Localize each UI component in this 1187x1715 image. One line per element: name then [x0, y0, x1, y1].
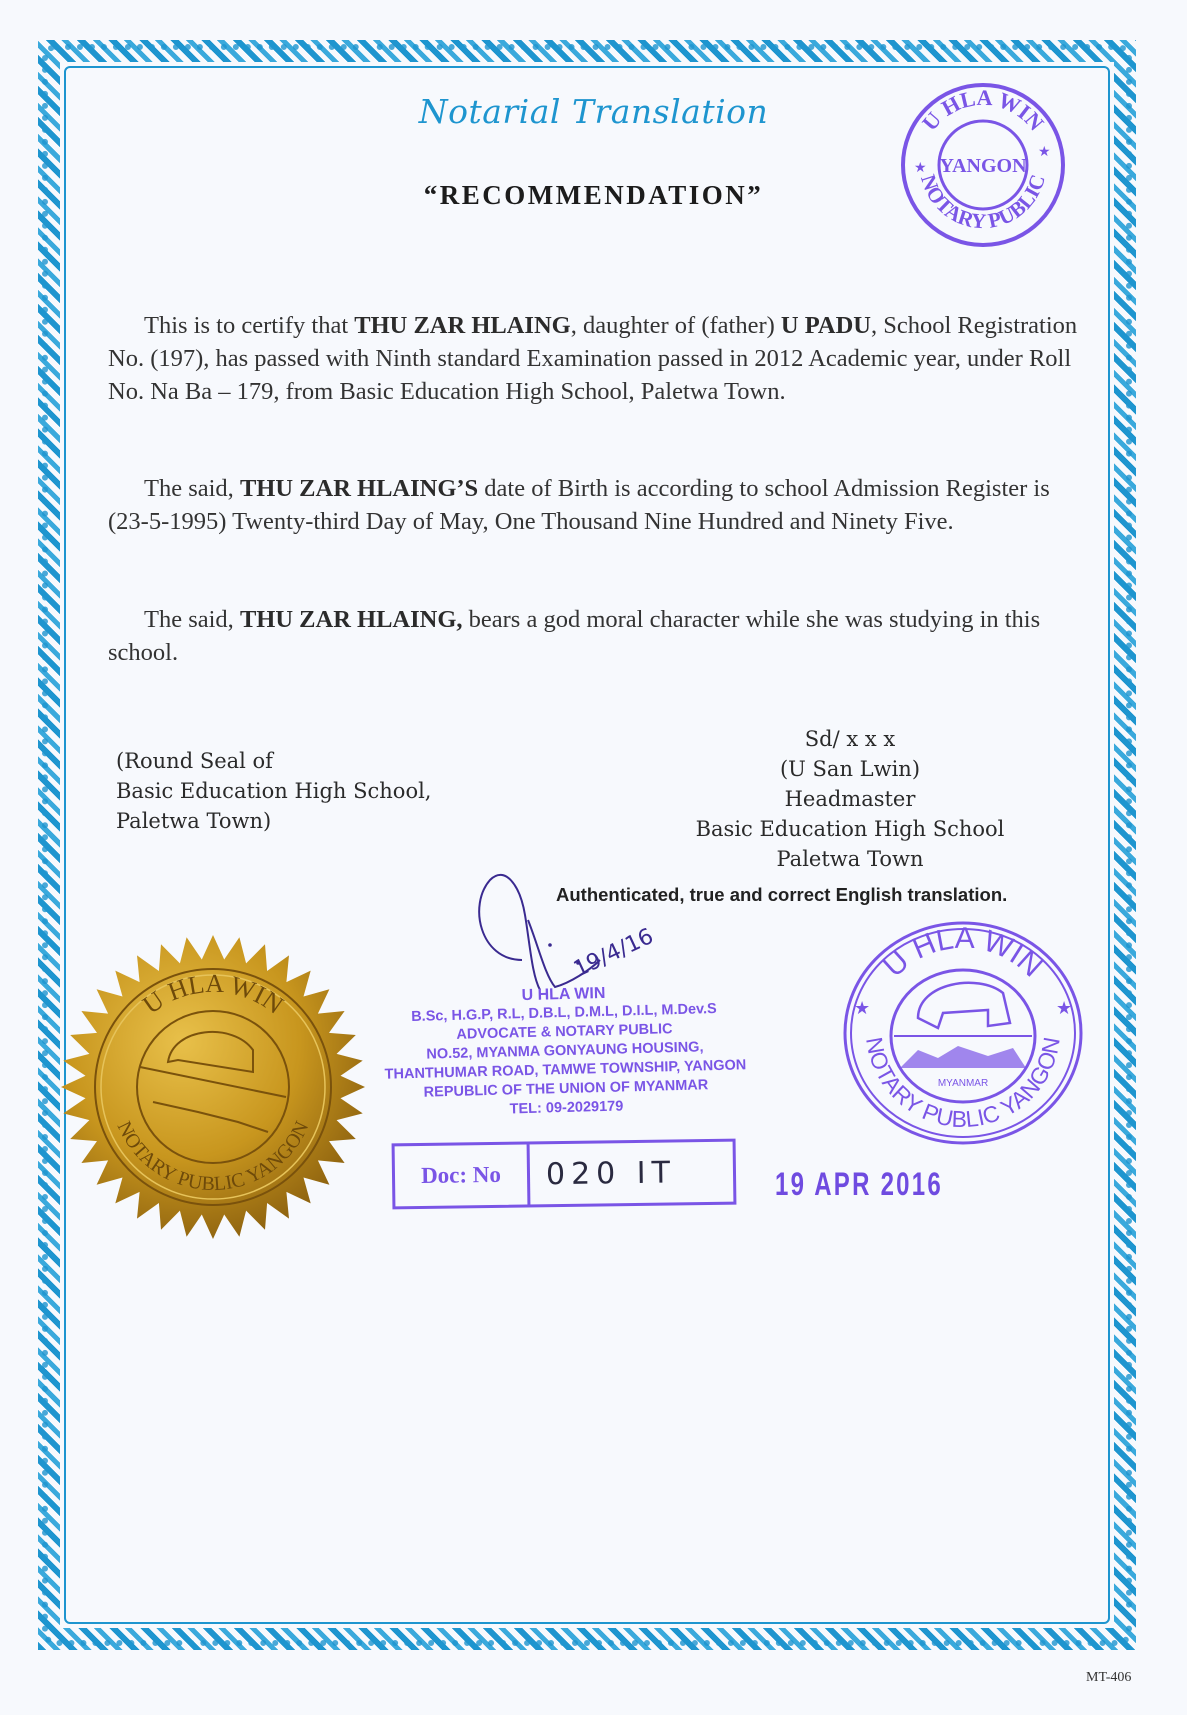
svg-text:★: ★ [854, 998, 870, 1019]
doc-no-label: Doc: No [395, 1144, 531, 1206]
svg-text:U HLA WIN: U HLA WIN [917, 85, 1049, 136]
notary-round-stamp-bottom: MYANMAR U HLA WIN NOTARY PUBLIC YANGON ★… [838, 918, 1088, 1148]
svg-text:NOTARY PUBLIC: NOTARY PUBLIC [916, 172, 1050, 234]
headmaster-signatory: Sd/ x x x (U San Lwin) Headmaster Basic … [640, 724, 1060, 874]
svg-text:★: ★ [1038, 144, 1051, 160]
document-page: Notarial Translation “RECOMMENDATION” U … [0, 0, 1187, 1715]
paragraph-birth-date: The said, THU ZAR HLAING’S date of Birth… [108, 472, 1088, 538]
form-code: MT-406 [1086, 1670, 1131, 1686]
svg-text:★: ★ [1056, 998, 1072, 1019]
doc-no-value: 020 IT [530, 1142, 734, 1205]
svg-text:U HLA WIN: U HLA WIN [877, 922, 1048, 984]
svg-text:19/4/16: 19/4/16 [570, 924, 657, 983]
school-seal-note: (Round Seal of Basic Education High Scho… [116, 746, 431, 836]
date-stamp: 19 APR 2016 [775, 1166, 943, 1203]
paragraph-character: The said, THU ZAR HLAING, bears a god mo… [108, 603, 1088, 669]
document-number-stamp: Doc: No 020 IT [392, 1139, 737, 1210]
notary-signature: 19/4/16 [460, 865, 720, 995]
notary-address-stamp: U HLA WIN B.Sc, H.G.P, R.L, D.B.L, D.M.L… [348, 979, 781, 1123]
gold-notary-seal: U HLA WIN NOTARY PUBLIC YANGON [58, 932, 368, 1242]
paragraph-certify: This is to certify that THU ZAR HLAING, … [108, 309, 1088, 408]
svg-text:★: ★ [914, 160, 927, 176]
notary-round-stamp-top: U HLA WIN NOTARY PUBLIC YANGON ★ ★ [898, 80, 1068, 250]
svg-text:MYANMAR: MYANMAR [938, 1078, 988, 1089]
svg-text:YANGON: YANGON [939, 155, 1027, 177]
